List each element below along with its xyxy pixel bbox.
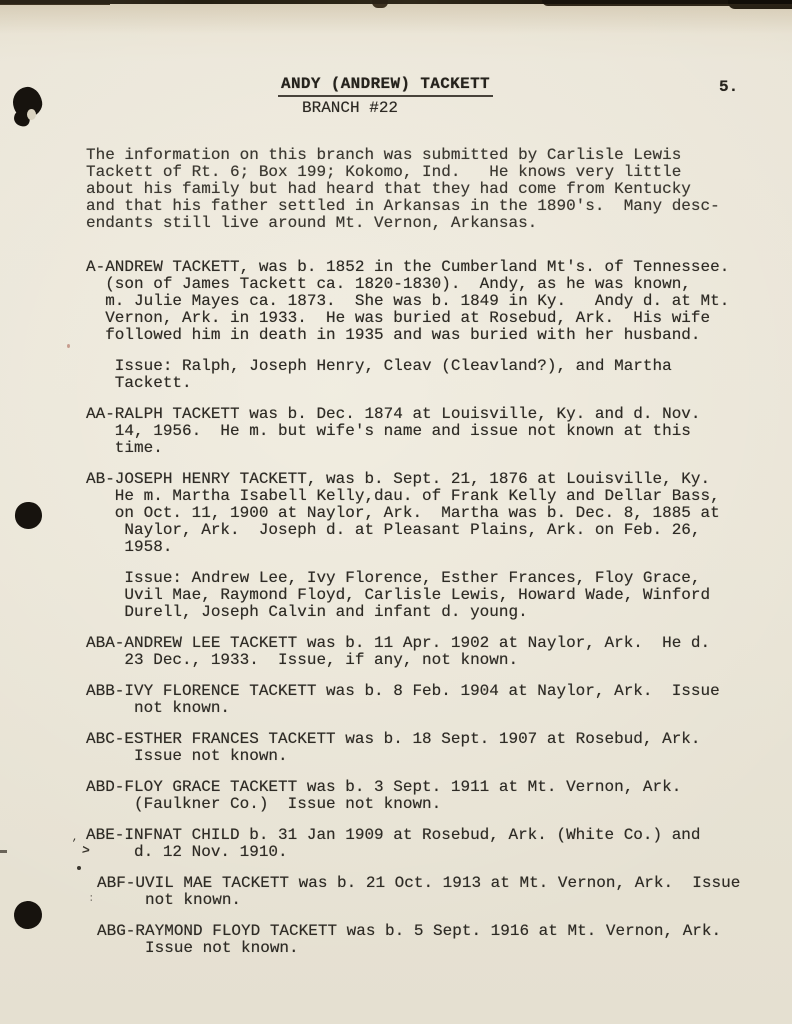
entry-ABA: ABA-ANDREW LEE TACKETT was b. 11 Apr. 19… [86,635,776,669]
stray-margin-dash [0,850,7,853]
entry-AA: AA-RALPH TACKETT was b. Dec. 1874 at Lou… [86,406,776,457]
entry-ABD: ABD-FLOY GRACE TACKETT was b. 3 Sept. 19… [86,779,776,813]
entry-ABG: ABG-RAYMOND FLOYD TACKETT was b. 5 Sept.… [97,923,776,957]
entry-A: A-ANDREW TACKETT, was b. 1852 in the Cum… [86,259,776,344]
ink-dot-middle-left [14,501,44,531]
page-title: ANDY (ANDREW) TACKETT [278,75,493,97]
entry-AB-issue: Issue: Andrew Lee, Ivy Florence, Esther … [86,570,776,621]
stray-tick-mark: ' [67,837,78,851]
entry-A-issue: Issue: Ralph, Joseph Henry, Cleav (Cleav… [86,358,776,392]
ink-blot-top-hole [27,109,36,120]
document-body: The information on this branch was submi… [86,147,776,971]
scanned-document-page: ' > : ANDY (ANDREW) TACKETT BRANCH #22 5… [0,0,792,1024]
stray-red-speck [67,344,70,348]
entry-AB: AB-JOSEPH HENRY TACKETT, was b. Sept. 21… [86,471,776,556]
intro-paragraph: The information on this branch was submi… [86,147,776,232]
page-subtitle: BRANCH #22 [302,99,398,117]
entry-ABE: ABE-INFNAT CHILD b. 31 Jan 1909 at Roseb… [86,827,776,861]
entry-ABB: ABB-IVY FLORENCE TACKETT was b. 8 Feb. 1… [86,683,776,717]
ink-dot-bottom-left [13,900,43,930]
scan-edge-shadow [0,4,792,34]
entry-ABC: ABC-ESTHER FRANCES TACKETT was b. 18 Sep… [86,731,776,765]
stray-dot-mark [77,866,81,870]
entry-ABF: ABF-UVIL MAE TACKETT was b. 21 Oct. 1913… [97,875,776,909]
page-number: 5. [719,78,738,96]
